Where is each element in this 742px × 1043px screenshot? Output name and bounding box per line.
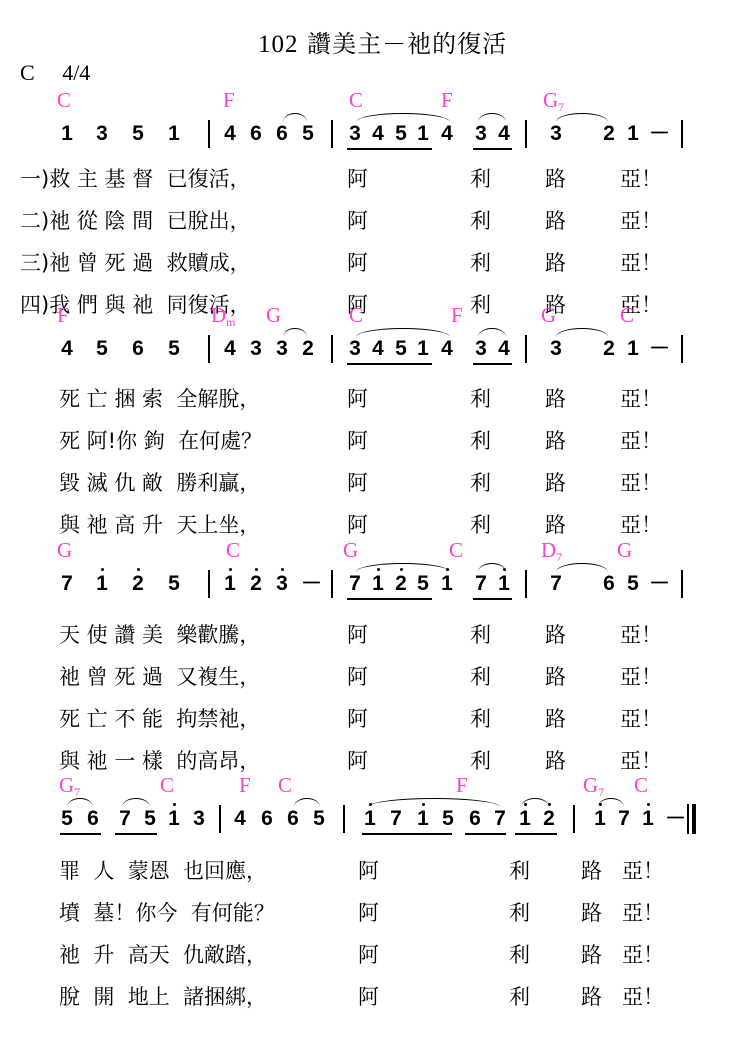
- tie-slur: [356, 328, 450, 337]
- lyric-text: 路: [545, 619, 566, 649]
- note: 7: [389, 807, 403, 831]
- note: 1: [167, 122, 181, 146]
- lyric-text: 路: [545, 467, 566, 497]
- note: 6: [602, 572, 616, 596]
- note: 3: [474, 337, 488, 361]
- tie-slur: [556, 563, 608, 572]
- note: 3: [249, 337, 263, 361]
- lyric-text: 亞！: [620, 509, 662, 539]
- lyric-text: 路: [581, 855, 602, 885]
- beam-underline: [473, 598, 512, 600]
- note: 5: [167, 337, 181, 361]
- note: 4: [497, 122, 511, 146]
- lyric-text: 路: [545, 509, 566, 539]
- note: 7: [118, 807, 132, 831]
- high-octave-dot: [173, 803, 176, 806]
- note: 1: [518, 807, 532, 831]
- chord-symbol: F: [239, 773, 251, 798]
- lyric-text: 利: [509, 981, 530, 1011]
- bar-line: [525, 120, 527, 148]
- lyric-text: 阿: [347, 205, 368, 235]
- note: 1: [60, 122, 74, 146]
- note: 1: [416, 807, 430, 831]
- lyric-text: 亞！: [620, 745, 662, 775]
- lyric-text: 亞！: [622, 981, 664, 1011]
- tie-slur: [283, 328, 307, 337]
- tie-slur: [556, 113, 608, 122]
- chord-symbol: C: [634, 773, 648, 798]
- lyric-text: 利: [470, 509, 491, 539]
- note: 6: [86, 807, 100, 831]
- lyric-text: 阿: [358, 981, 379, 1011]
- note: 5: [312, 807, 326, 831]
- chord-symbol: C: [57, 88, 71, 113]
- chord-symbol: Dm: [211, 303, 236, 330]
- note: 4: [60, 337, 74, 361]
- bar-line: [573, 805, 575, 833]
- note: 5: [441, 807, 455, 831]
- chord-symbol: C: [620, 303, 634, 328]
- note: 6: [275, 122, 289, 146]
- bar-line: [331, 570, 333, 598]
- note: 4: [223, 337, 237, 361]
- note: －: [649, 122, 663, 146]
- note: 7: [617, 807, 631, 831]
- lyric-text: 與 祂 高 升 天上坐，: [38, 509, 260, 539]
- note: －: [301, 572, 315, 596]
- lyric-text: 亞！: [620, 425, 662, 455]
- note: 1: [626, 122, 640, 146]
- beam-underline: [347, 363, 432, 365]
- note: 4: [223, 122, 237, 146]
- lyric-text: 路: [581, 897, 602, 927]
- lyric-text: 利: [470, 745, 491, 775]
- tie-slur: [556, 328, 608, 337]
- bar-line: [208, 120, 210, 148]
- high-octave-dot: [255, 568, 258, 571]
- chord-symbol: C: [349, 303, 363, 328]
- chord-symbol: G: [617, 538, 632, 563]
- lyric-text: 罪 人 蒙恩 也回應，: [38, 855, 267, 885]
- chord-symbol: C: [278, 773, 292, 798]
- lyric-text: 毀 滅 仇 敵 勝利贏，: [38, 467, 260, 497]
- note: 1: [440, 572, 454, 596]
- note: 3: [95, 122, 109, 146]
- note: 1: [371, 572, 385, 596]
- note: 2: [542, 807, 556, 831]
- lyric-text: 死 亡 捆 索 全解脫，: [38, 383, 260, 413]
- high-octave-dot: [647, 803, 650, 806]
- note: 5: [95, 337, 109, 361]
- lyric-text: 阿: [358, 897, 379, 927]
- lyric-text: 阿: [347, 703, 368, 733]
- beam-underline: [347, 148, 432, 150]
- note: 6: [286, 807, 300, 831]
- tie-slur: [356, 563, 450, 572]
- lyric-text: 路: [545, 661, 566, 691]
- beam-underline: [465, 833, 506, 835]
- high-octave-dot: [137, 568, 140, 571]
- bar-line: [331, 120, 333, 148]
- lyric-text: 亞！: [620, 661, 662, 691]
- note: 1: [223, 572, 237, 596]
- lyric-text: 阿: [347, 247, 368, 277]
- beam-underline: [60, 833, 101, 835]
- lyric-text: 路: [545, 205, 566, 235]
- key-label: C: [20, 60, 35, 85]
- lyric-text: 利: [509, 939, 530, 969]
- lyric-text: 利: [470, 163, 491, 193]
- lyric-text: 天 使 讚 美 樂歡騰，: [38, 619, 260, 649]
- bar-line: [681, 335, 683, 363]
- note: 4: [371, 337, 385, 361]
- lyric-text: 阿: [347, 425, 368, 455]
- note: 4: [440, 337, 454, 361]
- note: 3: [474, 122, 488, 146]
- lyric-text: 亞！: [620, 205, 662, 235]
- tie-slur: [368, 798, 500, 807]
- note: 6: [249, 122, 263, 146]
- note: 3: [348, 122, 362, 146]
- chord-symbol: G: [57, 538, 72, 563]
- double-bar-thin: [687, 804, 689, 834]
- note: 4: [371, 122, 385, 146]
- tie-slur: [521, 798, 549, 807]
- beam-underline: [515, 833, 557, 835]
- bar-line: [208, 335, 210, 363]
- chord-symbol: G: [541, 303, 556, 328]
- chord-symbol: C: [349, 88, 363, 113]
- note: 1: [167, 807, 181, 831]
- note: 1: [416, 337, 430, 361]
- note: 1: [416, 122, 430, 146]
- hymn-name: 讚美主－祂的復活: [307, 30, 507, 58]
- bar-line: [681, 120, 683, 148]
- time-signature: 4/4: [62, 60, 90, 85]
- note: 7: [60, 572, 74, 596]
- tie-slur: [122, 798, 150, 807]
- chord-symbol: C: [449, 538, 463, 563]
- note: －: [665, 807, 679, 831]
- note: 7: [549, 572, 563, 596]
- lyric-text: 阿: [347, 163, 368, 193]
- lyric-text: 阿: [347, 619, 368, 649]
- hymn-number: 102: [258, 31, 299, 58]
- chord-symbol: G7: [59, 773, 80, 800]
- note: 3: [275, 337, 289, 361]
- chord-symbol: G: [266, 303, 281, 328]
- chord-symbol: G7: [543, 88, 564, 115]
- lyric-text: 阿: [347, 467, 368, 497]
- lyric-text: 阿: [347, 745, 368, 775]
- lyric-text: 二)祂 從 陰 間 已脫出，: [20, 205, 251, 235]
- lyric-text: 路: [581, 981, 602, 1011]
- lyric-text: 路: [545, 247, 566, 277]
- beam-underline: [115, 833, 157, 835]
- lyric-text: 亞！: [620, 467, 662, 497]
- note: 5: [416, 572, 430, 596]
- note: 5: [143, 807, 157, 831]
- tie-slur: [283, 113, 307, 122]
- lyric-text: 利: [470, 289, 491, 319]
- lyric-text: 阿: [347, 661, 368, 691]
- lyric-text: 利: [470, 383, 491, 413]
- chord-symbol: F: [441, 88, 453, 113]
- tie-slur: [478, 563, 506, 572]
- chord-symbol: F: [451, 303, 463, 328]
- chord-symbol: C: [226, 538, 240, 563]
- lyric-text: 阿: [358, 855, 379, 885]
- note: 6: [260, 807, 274, 831]
- note: 1: [363, 807, 377, 831]
- tie-slur: [67, 798, 93, 807]
- note: 1: [641, 807, 655, 831]
- chord-symbol: D7: [541, 538, 562, 565]
- note: 3: [192, 807, 206, 831]
- lyric-text: 阿: [347, 509, 368, 539]
- bar-line: [343, 805, 345, 833]
- high-octave-dot: [101, 568, 104, 571]
- high-octave-dot: [281, 568, 284, 571]
- note: 4: [233, 807, 247, 831]
- note: 7: [493, 807, 507, 831]
- chord-symbol: G: [343, 538, 358, 563]
- note: 5: [394, 337, 408, 361]
- note: 3: [549, 337, 563, 361]
- note: 3: [275, 572, 289, 596]
- note: 3: [549, 122, 563, 146]
- beam-underline: [473, 363, 512, 365]
- note: 7: [474, 572, 488, 596]
- lyric-text: 路: [581, 939, 602, 969]
- note: 6: [468, 807, 482, 831]
- bar-line: [681, 570, 683, 598]
- lyric-text: 三)祂 曾 死 過 救贖成，: [20, 247, 251, 277]
- lyric-text: 亞！: [620, 619, 662, 649]
- lyric-text: 亞！: [620, 703, 662, 733]
- tie-slur: [356, 113, 450, 122]
- lyric-text: 死 亡 不 能 拘禁祂，: [38, 703, 260, 733]
- tie-slur: [478, 328, 506, 337]
- note: 1: [593, 807, 607, 831]
- lyric-text: 路: [545, 163, 566, 193]
- bar-line: [525, 570, 527, 598]
- note: 7: [348, 572, 362, 596]
- note: 5: [394, 122, 408, 146]
- bar-line: [331, 335, 333, 363]
- beam-underline: [347, 598, 432, 600]
- bar-line: [208, 570, 210, 598]
- lyric-text: 路: [545, 383, 566, 413]
- lyric-text: 死 阿!你 鉤 在何處？: [38, 425, 262, 455]
- note: 2: [602, 122, 616, 146]
- chord-symbol: F: [223, 88, 235, 113]
- tie-slur: [598, 798, 624, 807]
- lyric-text: 利: [509, 897, 530, 927]
- lyric-text: 利: [509, 855, 530, 885]
- lyric-text: 亞！: [622, 939, 664, 969]
- note: 1: [497, 572, 511, 596]
- beam-underline: [362, 833, 452, 835]
- lyric-text: 亞！: [620, 247, 662, 277]
- chord-symbol: F: [456, 773, 468, 798]
- lyric-text: 祂 升 高天 仇敵踏，: [38, 939, 267, 969]
- tie-slur: [294, 798, 320, 807]
- note: 2: [602, 337, 616, 361]
- lyric-text: 亞！: [620, 383, 662, 413]
- high-octave-dot: [229, 568, 232, 571]
- note: －: [649, 572, 663, 596]
- note: 5: [301, 122, 315, 146]
- note: 5: [626, 572, 640, 596]
- double-bar-thick: [692, 804, 696, 834]
- lyric-text: 路: [545, 703, 566, 733]
- note: 3: [348, 337, 362, 361]
- note: －: [649, 337, 663, 361]
- note: 4: [440, 122, 454, 146]
- note: 5: [167, 572, 181, 596]
- note: 1: [95, 572, 109, 596]
- lyric-text: 亞！: [620, 163, 662, 193]
- note: 1: [626, 337, 640, 361]
- lyric-text: 利: [470, 425, 491, 455]
- lyric-text: 利: [470, 467, 491, 497]
- lyric-text: 脫 開 地上 諸捆綁，: [38, 981, 267, 1011]
- lyric-text: 利: [470, 703, 491, 733]
- lyric-text: 利: [470, 205, 491, 235]
- note: 5: [131, 122, 145, 146]
- tie-slur: [478, 113, 506, 122]
- lyric-text: 一)救 主 基 督 已復活，: [20, 163, 251, 193]
- lyric-text: 阿: [347, 383, 368, 413]
- lyric-text: 路: [545, 745, 566, 775]
- note: 2: [131, 572, 145, 596]
- chord-symbol: F: [57, 303, 69, 328]
- lyric-text: 亞！: [622, 855, 664, 885]
- lyric-text: 利: [470, 619, 491, 649]
- lyric-text: 阿: [358, 939, 379, 969]
- bar-line: [219, 805, 221, 833]
- lyric-text: 祂 曾 死 過 又複生，: [38, 661, 260, 691]
- note: 2: [249, 572, 263, 596]
- note: 4: [497, 337, 511, 361]
- lyric-text: 與 祂 一 樣 的高昂，: [38, 745, 260, 775]
- beam-underline: [473, 148, 512, 150]
- lyric-text: 亞！: [622, 897, 664, 927]
- note: 6: [131, 337, 145, 361]
- key-signature: C 4/4: [20, 60, 112, 86]
- bar-line: [525, 335, 527, 363]
- note: 2: [301, 337, 315, 361]
- chord-symbol: G7: [583, 773, 604, 800]
- note: 5: [60, 807, 74, 831]
- chord-symbol: C: [160, 773, 174, 798]
- lyric-text: 利: [470, 661, 491, 691]
- lyric-text: 墳 墓！你今 有何能？: [38, 897, 275, 927]
- note: 2: [394, 572, 408, 596]
- lyric-text: 路: [545, 425, 566, 455]
- hymn-title: 102 讚美主－祂的復活: [258, 24, 507, 59]
- lyric-text: 利: [470, 247, 491, 277]
